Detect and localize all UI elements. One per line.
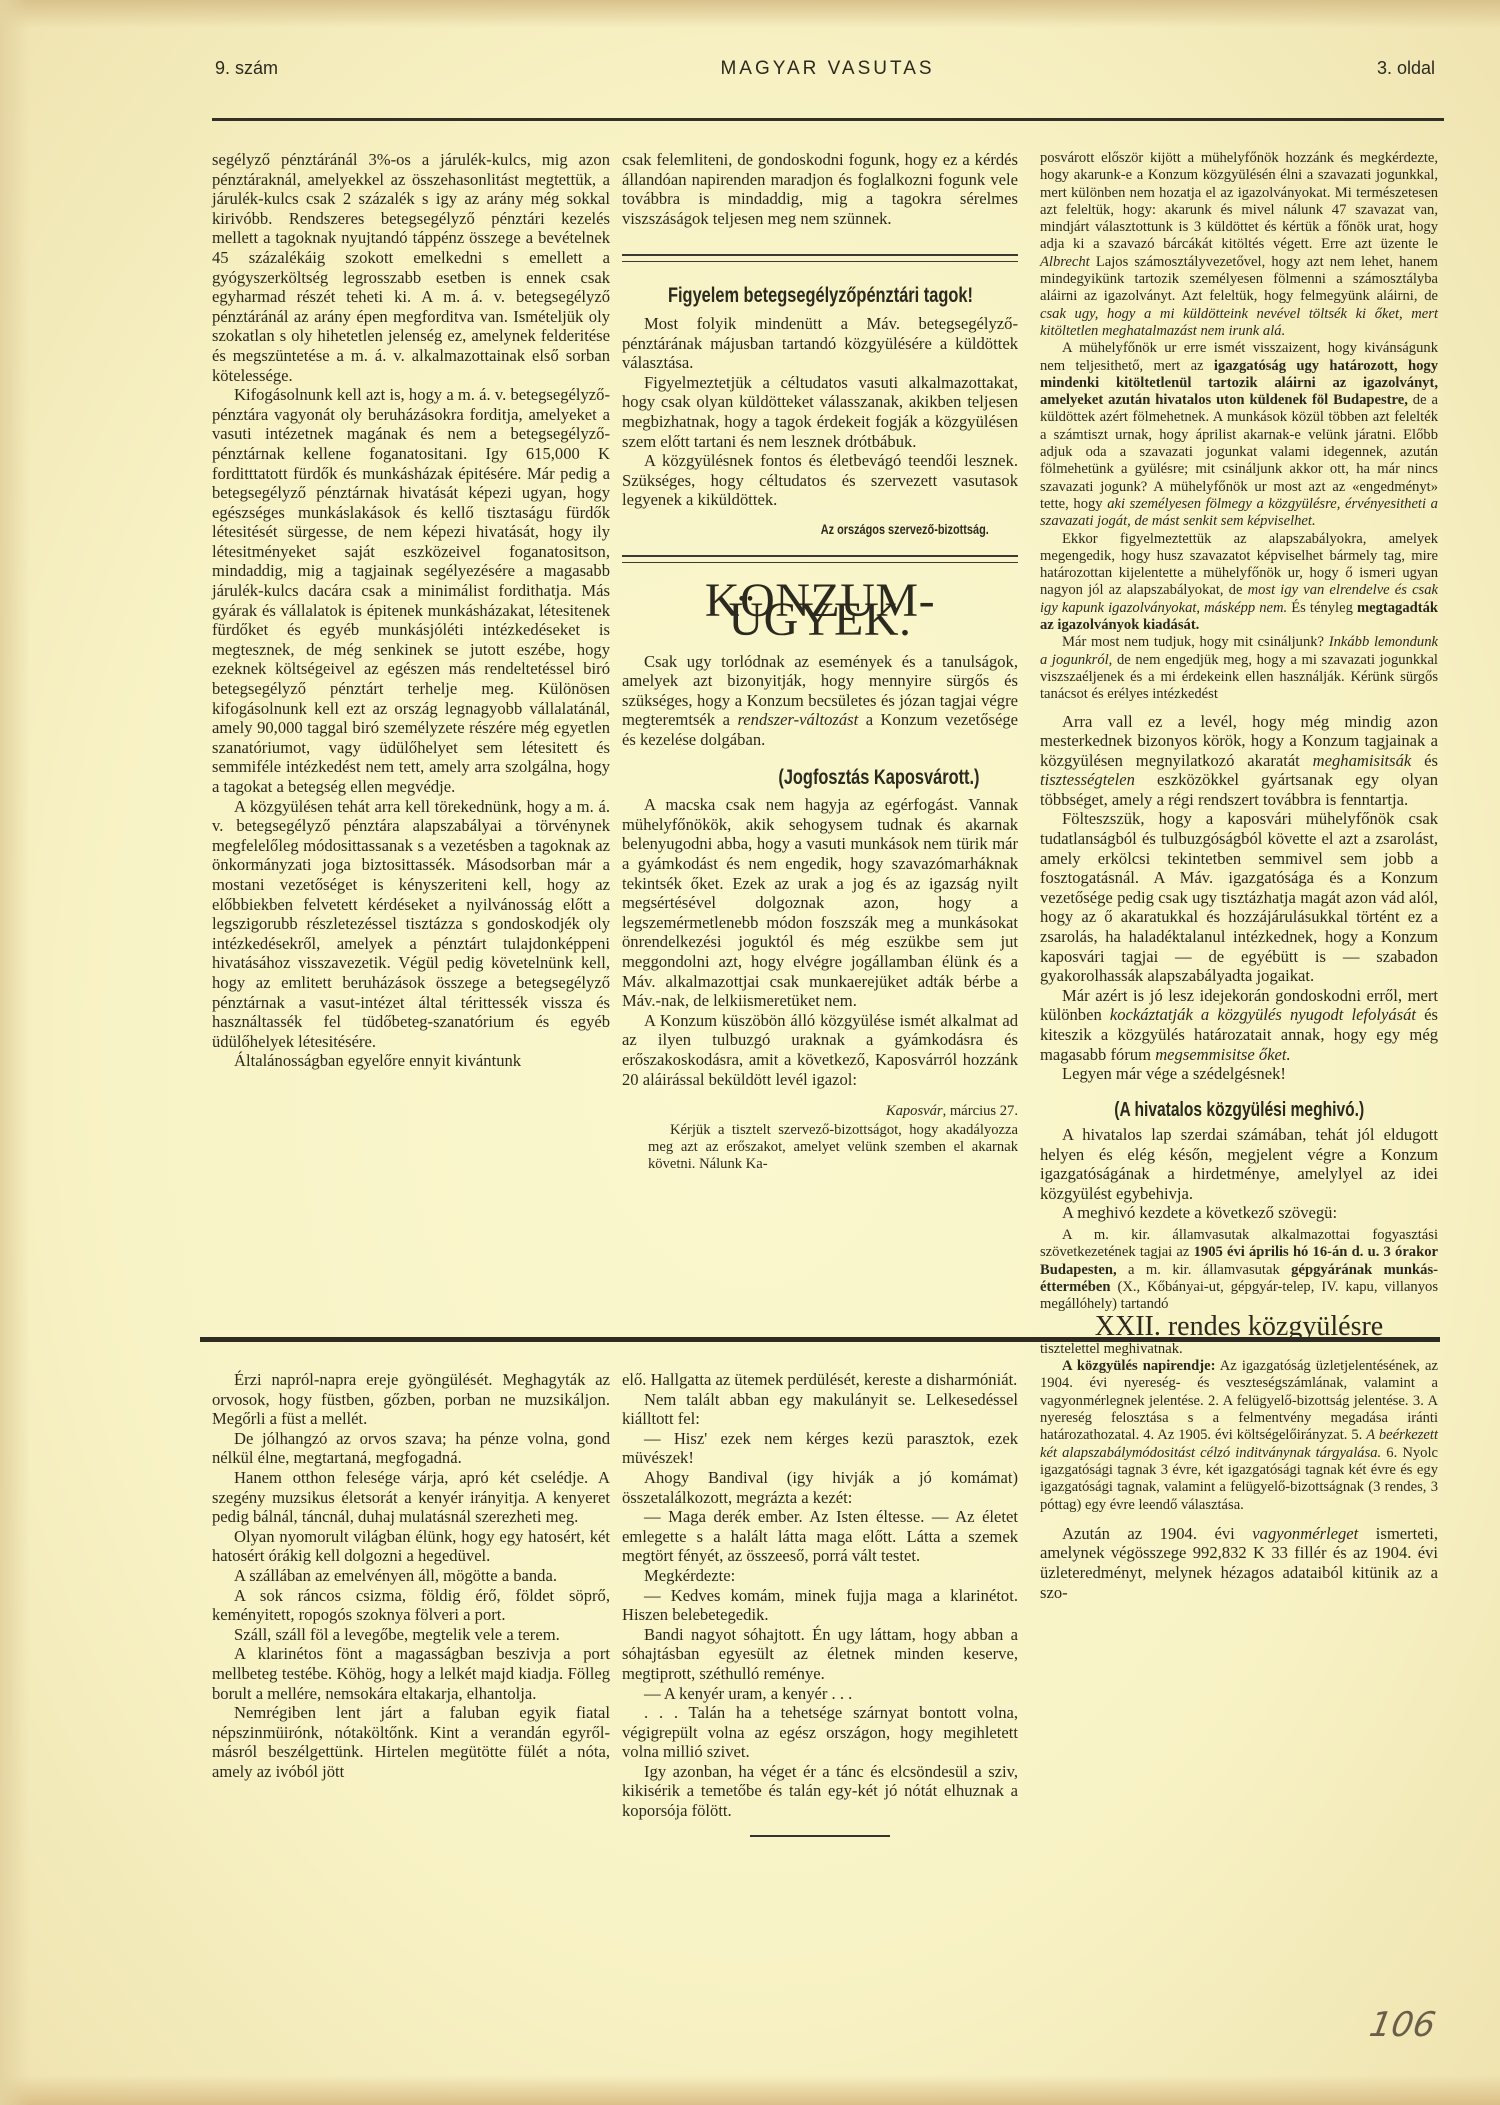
paragraph: Fölteszszük, hogy a kaposvári mühelyfőnö… [1040, 809, 1438, 985]
letter-paragraph: A mühelyfőnök ur erre ismét visszaizent,… [1040, 340, 1438, 530]
page-number: 3. oldal [1377, 58, 1435, 79]
paragraph: Általánosságban egyelőre ennyit kivántun… [212, 1051, 610, 1071]
notice-paragraph: Figyelmeztetjük a céltudatos vasuti alka… [622, 373, 1018, 451]
paragraph: A hivatalos lap szerdai számában, tehát … [1040, 1125, 1438, 1203]
paragraph: Érzi napról-napra ereje gyöngülését. Meg… [212, 1370, 610, 1429]
section-divider [622, 254, 1018, 262]
notice-signature: Az országos szervező-bizottság. [622, 520, 1012, 541]
paragraph: . . . Talán ha a tehetsége szárnyat bont… [622, 1703, 1018, 1762]
paragraph: Hanem otthon felesége várja, apró két cs… [212, 1468, 610, 1527]
paper-edge-left [0, 0, 30, 2105]
paragraph: Legyen már vége a szédelgésnek! [1040, 1064, 1438, 1084]
paragraph: Nem talált abban egy makulányit se. Lelk… [622, 1390, 1018, 1429]
paragraph: — Hisz' ezek nem kérges kezü parasztok, … [622, 1429, 1018, 1468]
letter-paragraph: Már most nem tudjuk, hogy mit csináljunk… [1040, 634, 1438, 703]
paragraph: Azután az 1904. évi vagyonmérleget ismer… [1040, 1524, 1438, 1602]
invitation-text: A m. kir. államvasutak alkalmazottai fog… [1040, 1227, 1438, 1313]
paragraph: Száll, száll föl a levegőbe, megtelik ve… [212, 1625, 610, 1645]
article-intro: Csak ugy torlódnak az események és a tan… [622, 652, 1018, 750]
column-3: posvárott először kijött a mühelyfőnök h… [1040, 150, 1438, 1602]
paragraph: Megkérdezte: [622, 1566, 1018, 1586]
letter-paragraph: Ekkor figyelmeztettük az alapszabályokra… [1040, 531, 1438, 635]
paragraph: Kifogásolnunk kell azt is, hogy a m. á. … [212, 385, 610, 796]
paragraph: — Maga derék ember. Az Isten éltesse. — … [622, 1507, 1018, 1566]
paragraph: A közgyülésen tehát arra kell törekednün… [212, 797, 610, 1052]
section-divider [622, 555, 1018, 563]
paragraph: A sok ráncos csizma, földig érő, földet … [212, 1586, 610, 1625]
paper-edge-top [0, 0, 1500, 28]
end-rule [750, 1835, 890, 1837]
article-subheading: (Jogfosztás Kaposvárott.) [622, 768, 1008, 788]
paragraph: Nemrégiben lent járt a faluban egyik fia… [212, 1703, 610, 1781]
page-header: 9. szám MAGYAR VASUTAS 3. oldal [215, 58, 1440, 98]
feuilleton-column-1: Érzi napról-napra ereje gyöngülését. Meg… [212, 1370, 610, 1781]
agenda-text: A közgyülés napirendje: Az igazgatóság ü… [1040, 1358, 1438, 1514]
paragraph: csak felemliteni, de gondoskodni fogunk,… [622, 150, 1018, 228]
paragraph: Bandi nagyot sóhajtott. Én ugy láttam, h… [622, 1625, 1018, 1684]
paragraph: Olyan nyomorult világban élünk, hogy egy… [212, 1527, 610, 1566]
letter-dateline: Kaposvár, március 27. [648, 1103, 1018, 1120]
paragraph: Már azért is jó lesz idejekorán gondosko… [1040, 986, 1438, 1064]
letter-paragraph: Kérjük a tisztelt szervező-bizottságot, … [648, 1122, 1018, 1172]
paragraph: De jólhangzó az orvos szava; ha pénze vo… [212, 1429, 610, 1468]
paragraph: elő. Hallgatta az ütemek perdülését, ker… [622, 1370, 1018, 1390]
paper-edge-bottom [0, 2075, 1500, 2105]
header-rule [212, 118, 1444, 121]
feuilleton-rule [200, 1337, 1440, 1342]
notice-paragraph: A közgyülésnek fontos és életbevágó teen… [622, 451, 1018, 510]
notice-paragraph: Most folyik mindenütt a Máv. betegsegély… [622, 314, 1018, 373]
paragraph: Arra vall ez a levél, hogy még mindig az… [1040, 712, 1438, 810]
paragraph: — A kenyér uram, a kenyér . . . [622, 1684, 1018, 1704]
paragraph: A szállában az emelvényen áll, mögötte a… [212, 1566, 610, 1586]
column-1: segélyző pénztáránál 3%-os a járulék-kul… [212, 150, 610, 1071]
paragraph: A klarinétos fönt a magasságban beszivja… [212, 1644, 610, 1703]
article-title: KONZUM-ÜGYEK. [622, 591, 1018, 630]
meeting-title: XXII. rendes közgyülésre [1040, 1318, 1438, 1335]
paragraph: Igy azonban, ha véget ér a tánc és elcsö… [622, 1762, 1018, 1821]
paragraph: segélyző pénztáránál 3%-os a járulék-kul… [212, 150, 610, 385]
paragraph: A meghivó kezdete a következő szövegü: [1040, 1203, 1438, 1223]
paragraph: Ahogy Bandival (igy hivják a jó komámat)… [622, 1468, 1018, 1507]
quoted-letter: Kaposvár, március 27. Kérjük a tisztelt … [622, 1103, 1018, 1172]
invitation-text: tisztelettel meghivatnak. [1040, 1341, 1438, 1358]
handwritten-page-number: 106 [1366, 2005, 1438, 2045]
paragraph: A macska csak nem hagyja az egérfogást. … [622, 795, 1018, 1011]
letter-paragraph: posvárott először kijött a mühelyfőnök h… [1040, 150, 1438, 340]
paragraph: A Konzum küszöbön álló közgyülése ismét … [622, 1011, 1018, 1089]
paragraph: — Kedves komám, minek fujja maga a klari… [622, 1586, 1018, 1625]
newspaper-title: MAGYAR VASUTAS [215, 58, 1440, 80]
notice-heading: Figyelem betegsegélyzőpénztári tagok! [622, 286, 1018, 306]
column-2: csak felemliteni, de gondoskodni fogunk,… [622, 150, 1018, 1172]
article-subheading: (A hivatalos közgyülési meghivó.) [1040, 1102, 1438, 1119]
feuilleton-column-2: elő. Hallgatta az ütemek perdülését, ker… [622, 1370, 1018, 1837]
